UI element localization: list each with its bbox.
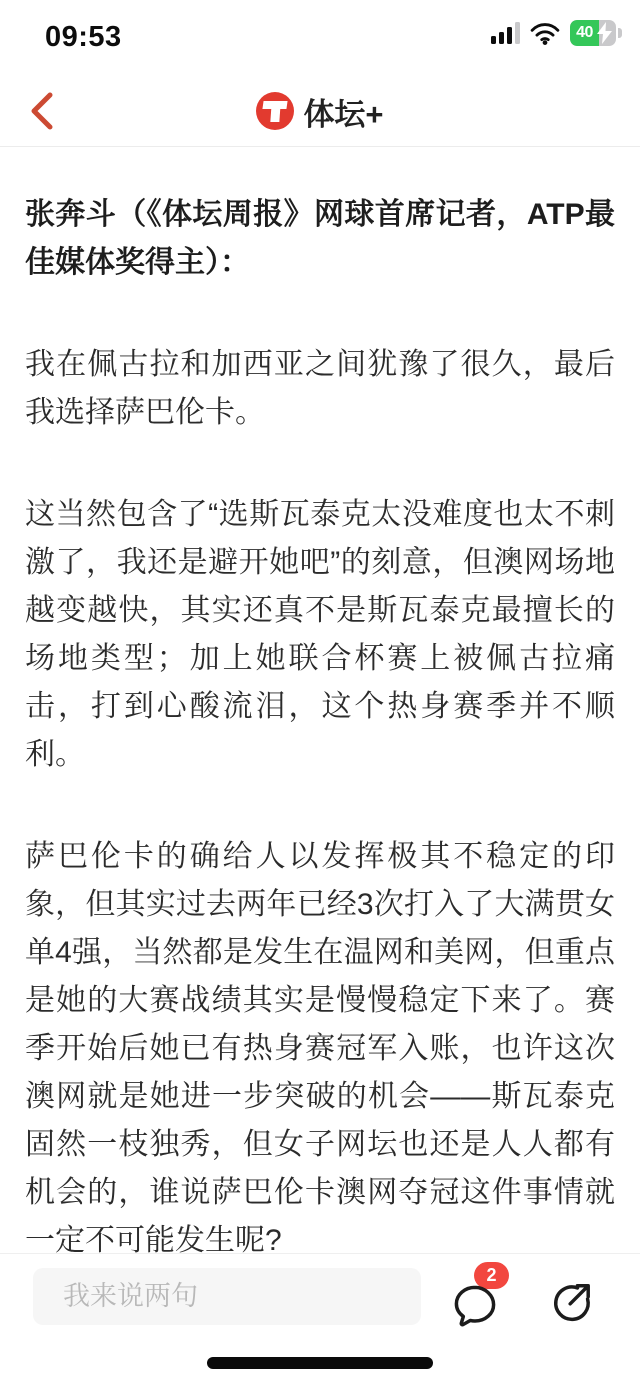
comments-button[interactable]: 2 — [447, 1264, 507, 1328]
article-paragraph-author: 张奔斗（《体坛周报》网球首席记者，ATP最佳媒体奖得主）： — [25, 191, 615, 287]
status-icons: 40 — [491, 18, 622, 48]
app-title: 体坛+ — [303, 89, 383, 134]
article-body: 张奔斗（《体坛周报》网球首席记者，ATP最佳媒体奖得主）： 我在佩古拉和加西亚之… — [0, 147, 640, 1319]
share-button[interactable] — [542, 1264, 602, 1328]
charging-bolt-icon — [595, 22, 615, 44]
article-paragraph: 我在佩古拉和加西亚之间犹豫了很久，最后我选择萨巴伦卡。 — [25, 341, 615, 437]
nav-bar: 体坛+ — [0, 75, 640, 147]
wifi-icon — [530, 21, 560, 45]
article-paragraph: 这当然包含了“选斯瓦泰克太没难度也太不刺激了，我还是避开她吧”的刻意，但澳网场地… — [25, 491, 615, 779]
home-indicator[interactable] — [207, 1357, 433, 1369]
status-bar: 09:53 40 — [0, 0, 640, 75]
back-chevron-icon — [29, 91, 55, 131]
article-paragraph: 萨巴伦卡的确给人以发挥极其不稳定的印象，但其实过去两年已经3次打入了大满贯女单4… — [25, 833, 615, 1265]
comment-bubble-icon — [451, 1282, 499, 1330]
back-button[interactable] — [14, 83, 70, 139]
cellular-signal-icon — [491, 22, 520, 44]
battery-charging-icon: 40 — [570, 20, 622, 46]
comment-input[interactable] — [33, 1268, 421, 1325]
share-icon — [548, 1278, 596, 1326]
battery-percent: 40 — [576, 24, 593, 42]
nav-title-group: 体坛+ — [0, 75, 640, 147]
clock: 09:53 — [45, 21, 122, 54]
titan-sports-logo-icon — [256, 92, 294, 130]
